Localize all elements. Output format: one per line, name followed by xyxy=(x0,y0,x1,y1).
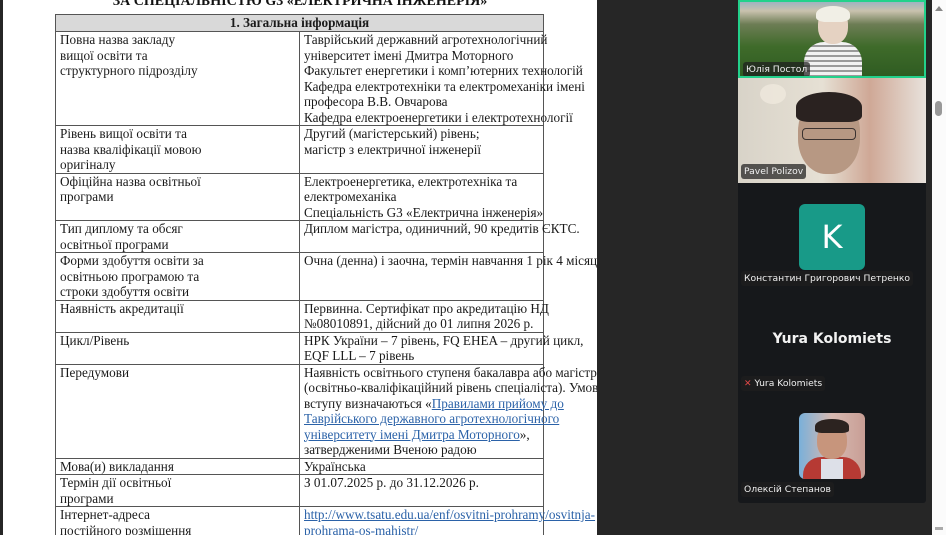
value-line: Другий (магістерський) рівень; xyxy=(304,126,539,142)
gallery-scrollbar[interactable] xyxy=(932,0,946,535)
label-line: постійного розміщення xyxy=(60,523,295,535)
table-row: Термін дії освітньоїпрограмиЗ 01.07.2025… xyxy=(56,475,544,507)
row-value: З 01.07.2025 р. до 31.12.2026 р. xyxy=(300,475,544,507)
label-line: програми xyxy=(60,491,295,507)
value-line: prohrama-os-mahistr/ xyxy=(304,523,539,535)
value-line: Наявність освітнього ступеня бакалавра а… xyxy=(304,365,539,381)
label-line: Рівень вищої освіти та xyxy=(60,126,295,142)
participant-name: Юлія Постол xyxy=(743,62,810,77)
row-label: Термін дії освітньоїпрограми xyxy=(56,475,300,507)
scrollbar-thumb[interactable] xyxy=(935,101,942,116)
table-row: Наявність акредитаціїПервинна. Сертифіка… xyxy=(56,300,544,332)
row-value: Очна (денна) і заочна, термін навчання 1… xyxy=(300,253,544,301)
row-label: Повна назва закладувищої освіти таструкт… xyxy=(56,32,300,126)
participant-name: Олексій Степанов xyxy=(741,482,834,497)
participant-name: Константин Григорович Петренко xyxy=(741,271,913,286)
label-line: освітньої програми xyxy=(60,237,295,253)
row-value: http://www.tsatu.edu.ua/enf/osvitni-proh… xyxy=(300,507,544,535)
row-label: Форми здобуття освіти заосвітньою програ… xyxy=(56,253,300,301)
table-row: Повна назва закладувищої освіти таструкт… xyxy=(56,32,544,126)
label-line: Передумови xyxy=(60,365,295,381)
participant-display-name: Yura Kolomiets xyxy=(738,331,926,347)
value-line: Спеціальність G3 «Електрична інженерія» xyxy=(304,205,539,221)
shared-screen: ЗА СПЕЦІАЛЬНІСТЮ G3 «ЕЛЕКТРИЧНА ІНЖЕНЕРІ… xyxy=(0,0,738,535)
label-line: Офіційна назва освітньої xyxy=(60,174,295,190)
value-line: Факультет енергетики і комп’ютерних техн… xyxy=(304,63,539,79)
row-label: Тип диплому та обсягосвітньої програми xyxy=(56,221,300,253)
value-line: Кафедра електротехніки та електромеханік… xyxy=(304,79,539,95)
participant-name-tag: ✕Yura Kolomiets xyxy=(741,376,825,391)
value-line: професора В.В. Овчарова xyxy=(304,94,539,110)
value-line: вступу визначаються «Правилами прийому д… xyxy=(304,396,539,412)
admission-rules-link[interactable]: Таврійського державного агротехнологічно… xyxy=(304,411,559,426)
value-line: затвердженими Вченою радою xyxy=(304,442,539,458)
label-line: Термін дії освітньої xyxy=(60,475,295,491)
table-row: Цикл/РівеньНРК України – 7 рівень, FQ EH… xyxy=(56,332,544,364)
row-value: Другий (магістерський) рівень;магістр з … xyxy=(300,126,544,174)
row-label: Офіційна назва освітньоїпрограми xyxy=(56,173,300,221)
row-value: Електроенергетика, електротехніка таелек… xyxy=(300,173,544,221)
value-line: Очна (денна) і заочна, термін навчання 1… xyxy=(304,253,539,269)
label-line: назва кваліфікації мовою xyxy=(60,142,295,158)
label-line: Інтернет-адреса xyxy=(60,507,295,523)
label-line: строки здобуття освіти xyxy=(60,284,295,300)
label-line: оригіналу xyxy=(60,157,295,173)
label-line: Повна назва закладу xyxy=(60,32,295,48)
mic-muted-icon: ✕ xyxy=(744,379,752,389)
row-value: Наявність освітнього ступеня бакалавра а… xyxy=(300,364,544,458)
label-line: Форми здобуття освіти за xyxy=(60,253,295,269)
label-line: Цикл/Рівень xyxy=(60,333,295,349)
background-lamp xyxy=(760,84,786,104)
participant-name: Yura Kolomiets xyxy=(755,378,823,389)
table-row: Інтернет-адресапостійного розміщенняhttp… xyxy=(56,507,544,535)
section-header-row: 1. Загальна інформація xyxy=(56,15,544,32)
row-value: Первинна. Сертифікат про акредитацію НД№… xyxy=(300,300,544,332)
row-value: Диплом магістра, одиничний, 90 кредитів … xyxy=(300,221,544,253)
chevron-down-icon[interactable] xyxy=(935,527,943,530)
table-row: Мова(и) викладанняУкраїнська xyxy=(56,458,544,475)
row-value: Українська xyxy=(300,458,544,475)
value-line: Українська xyxy=(304,459,539,475)
value-line: Таврійського державного агротехнологічно… xyxy=(304,411,539,427)
label-line: Тип диплому та обсяг xyxy=(60,221,295,237)
video-tile-pavel-polizov[interactable]: Pavel Polizov xyxy=(738,78,926,183)
table-row: Офіційна назва освітньоїпрограмиЕлектрое… xyxy=(56,173,544,221)
table-row: Тип диплому та обсягосвітньої програмиДи… xyxy=(56,221,544,253)
value-line: (освітньо-кваліфікаційний рівень спеціал… xyxy=(304,380,539,396)
value-line: http://www.tsatu.edu.ua/enf/osvitni-proh… xyxy=(304,507,539,523)
label-line: структурного підрозділу xyxy=(60,63,295,79)
row-label: Мова(и) викладання xyxy=(56,458,300,475)
label-line: вищої освіти та xyxy=(60,48,295,64)
row-value: НРК України – 7 рівень, FQ EHEA – другий… xyxy=(300,332,544,364)
row-label: Цикл/Рівень xyxy=(56,332,300,364)
row-label: Наявність акредитації xyxy=(56,300,300,332)
value-line: університет імені Дмитра Моторного xyxy=(304,48,539,64)
row-value: Таврійський державний агротехнологічнийу… xyxy=(300,32,544,126)
video-tile-yulia-postol[interactable]: Юлія Постол xyxy=(738,0,926,78)
label-line: програми xyxy=(60,189,295,205)
value-line: EQF LLL – 7 рівень xyxy=(304,348,539,364)
admission-rules-link[interactable]: університету імені Дмитра Моторного xyxy=(304,427,520,442)
table-row: Рівень вищої освіти таназва кваліфікації… xyxy=(56,126,544,174)
value-line: Таврійський державний агротехнологічний xyxy=(304,32,539,48)
avatar-tiles: K Константин Григорович Петренко Yura Ko… xyxy=(738,183,926,503)
value-line: №08010891, дійсний до 01 липня 2026 р. xyxy=(304,316,539,332)
program-url-link[interactable]: prohrama-os-mahistr/ xyxy=(304,523,418,535)
label-line: освітньою програмою та xyxy=(60,269,295,285)
table-row: ПередумовиНаявність освітнього ступеня б… xyxy=(56,364,544,458)
admission-rules-link[interactable]: Правилами прийому до xyxy=(432,396,564,411)
chevron-up-icon[interactable] xyxy=(935,6,943,11)
value-line: електромеханіка xyxy=(304,189,539,205)
table-row: Форми здобуття освіти заосвітньою програ… xyxy=(56,253,544,301)
value-line: Диплом магістра, одиничний, 90 кредитів … xyxy=(304,221,539,237)
value-line: магістр з електричної інженерії xyxy=(304,142,539,158)
avatar-initial: K xyxy=(799,204,865,270)
participant-name: Pavel Polizov xyxy=(741,164,806,179)
value-line: НРК України – 7 рівень, FQ EHEA – другий… xyxy=(304,333,539,349)
value-line: Кафедра електроенергетики і електротехно… xyxy=(304,110,539,126)
info-table: 1. Загальна інформація Повна назва закла… xyxy=(55,14,544,535)
document-page: ЗА СПЕЦІАЛЬНІСТЮ G3 «ЕЛЕКТРИЧНА ІНЖЕНЕРІ… xyxy=(3,0,597,535)
row-label: Передумови xyxy=(56,364,300,458)
value-line: З 01.07.2025 р. до 31.12.2026 р. xyxy=(304,475,539,491)
label-line: Наявність акредитації xyxy=(60,301,295,317)
value-line: Електроенергетика, електротехніка та xyxy=(304,174,539,190)
label-line: Мова(и) викладання xyxy=(60,459,295,475)
row-label: Інтернет-адресапостійного розміщення xyxy=(56,507,300,535)
document-title: ЗА СПЕЦІАЛЬНІСТЮ G3 «ЕЛЕКТРИЧНА ІНЖЕНЕРІ… xyxy=(3,0,597,10)
video-gallery: Юлія Постол Pavel Polizov K Константин Г… xyxy=(738,0,926,535)
avatar-photo xyxy=(799,413,865,479)
section-header: 1. Загальна інформація xyxy=(56,15,544,32)
value-line: Первинна. Сертифікат про акредитацію НД xyxy=(304,301,539,317)
row-label: Рівень вищої освіти таназва кваліфікації… xyxy=(56,126,300,174)
program-url-link[interactable]: http://www.tsatu.edu.ua/enf/osvitni-proh… xyxy=(304,507,595,522)
value-line: університету імені Дмитра Моторного», xyxy=(304,427,539,443)
participant-video xyxy=(810,8,856,78)
